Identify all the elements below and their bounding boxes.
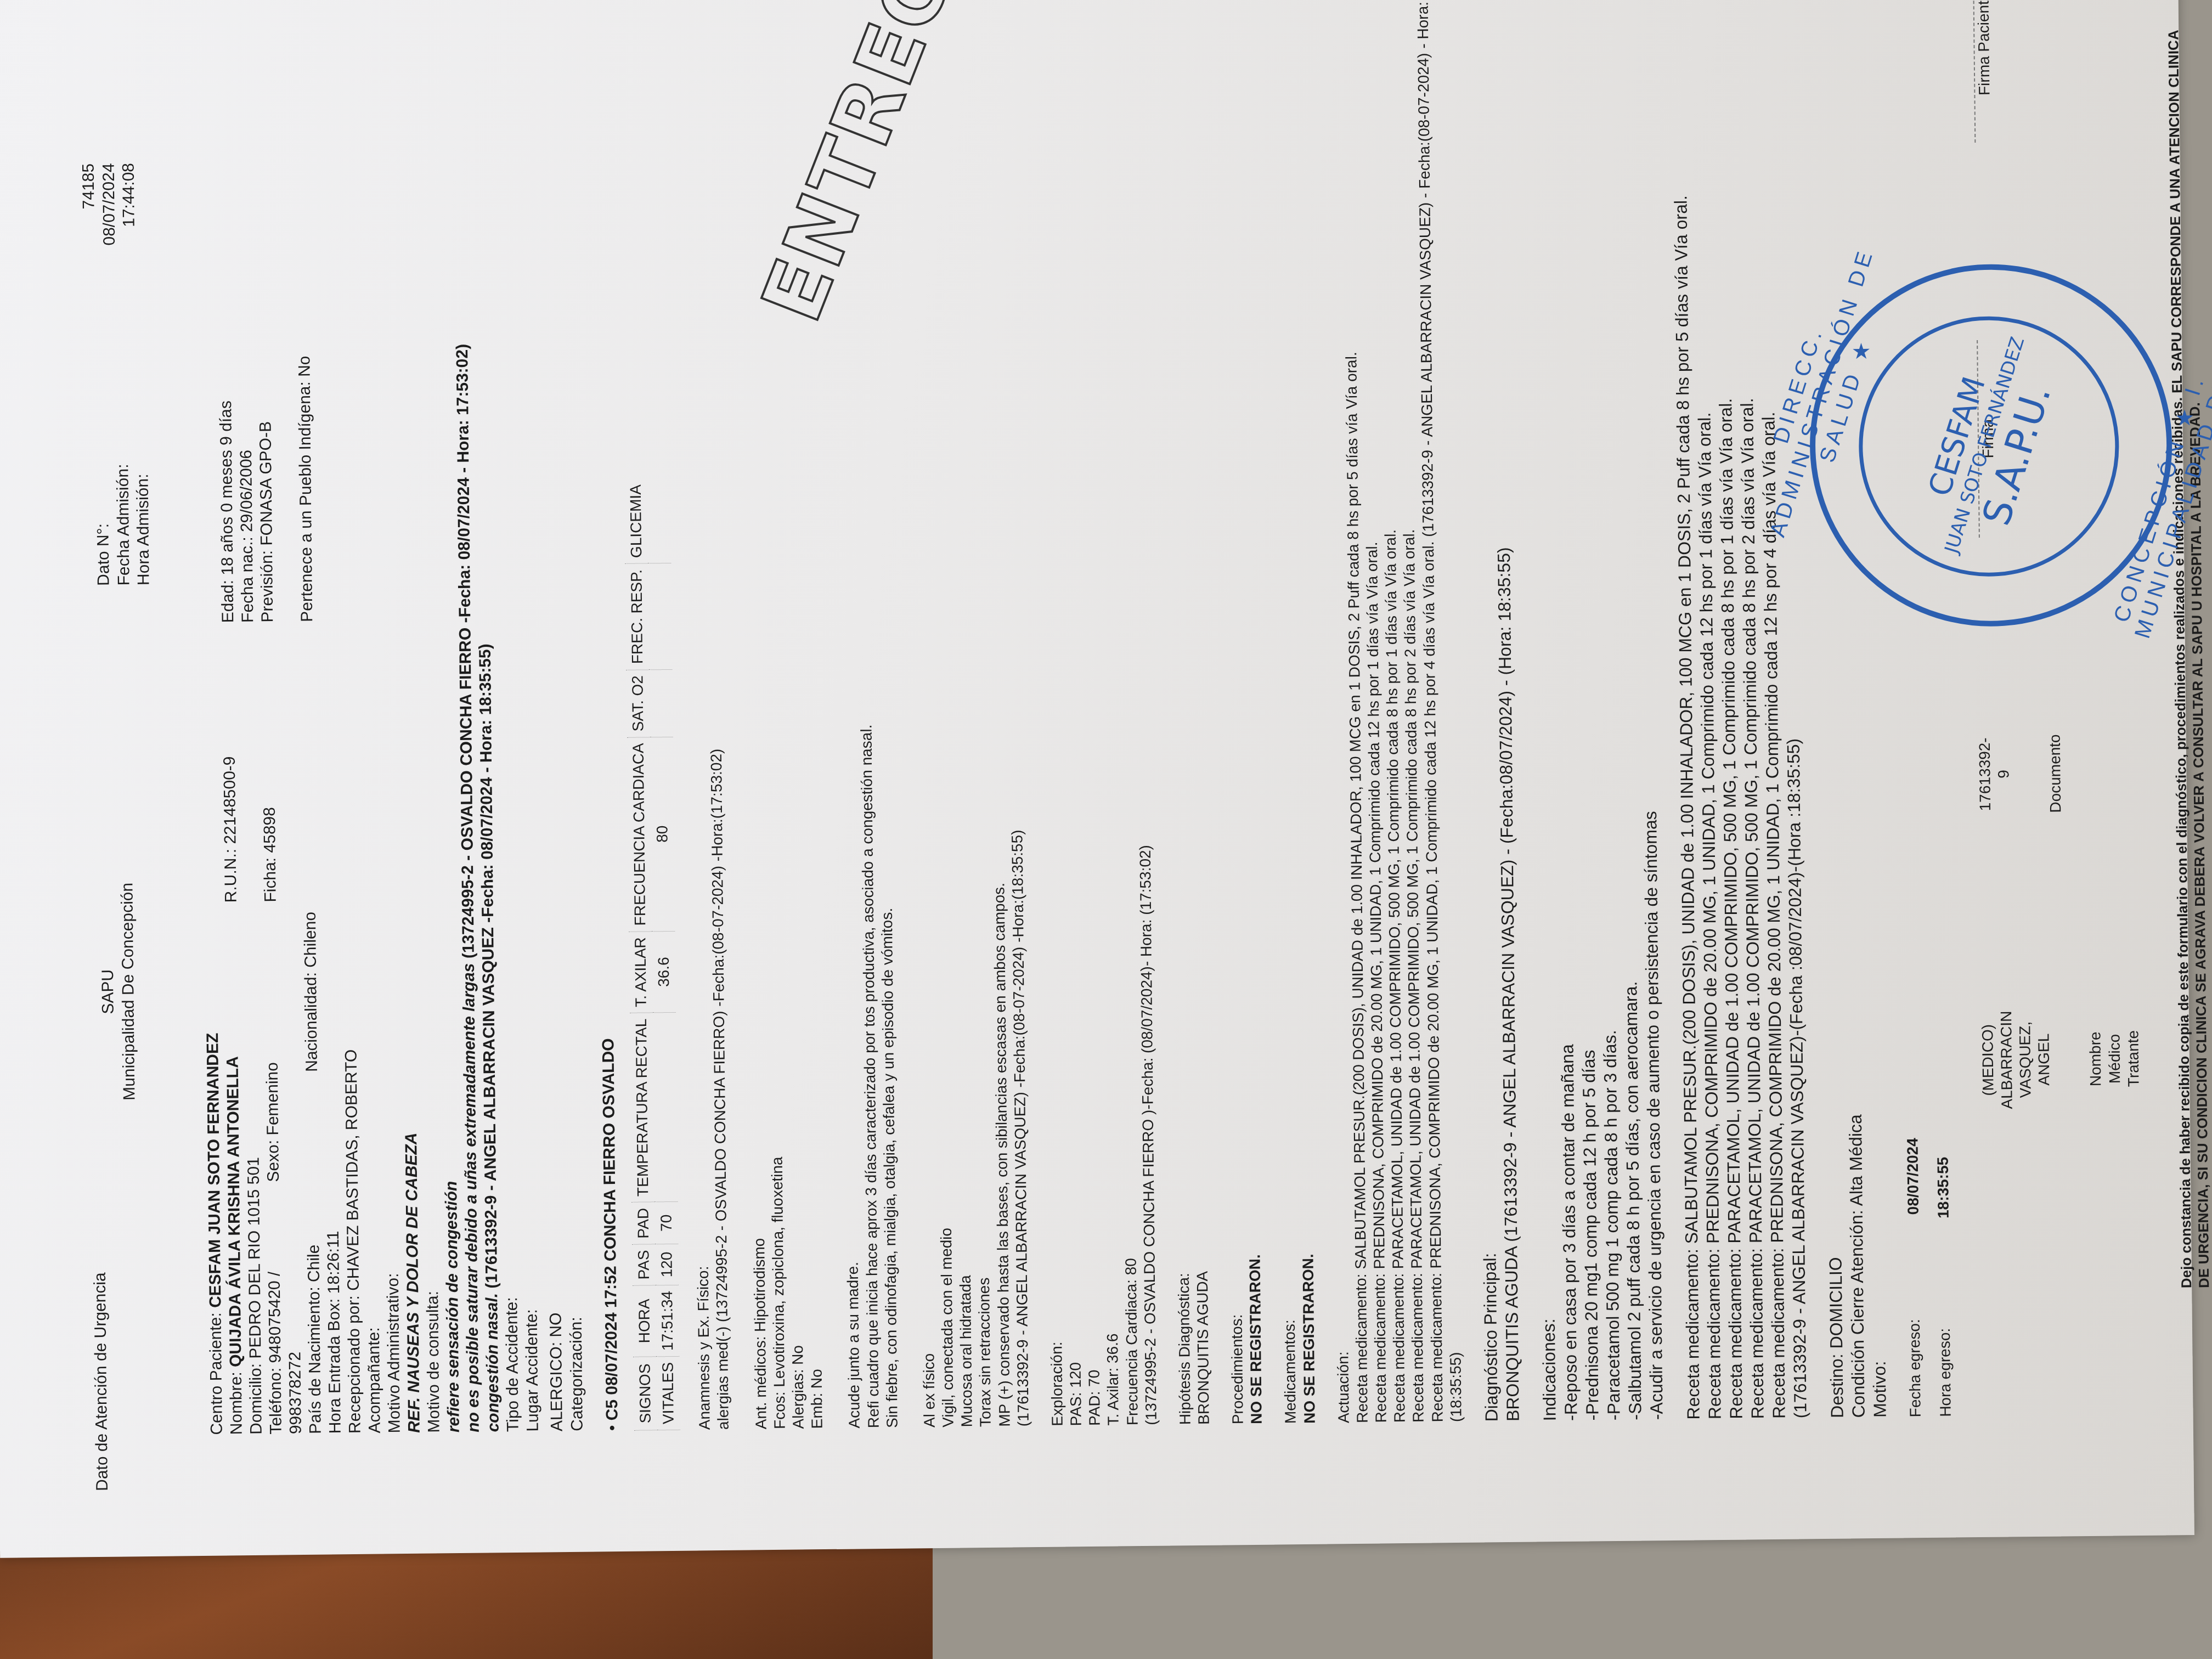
centro-value: CESFAM JUAN SOTO FERNANDEZ — [204, 1033, 224, 1308]
dato-value: 74185 — [79, 163, 100, 246]
vital-label: SIGNOS — [633, 1357, 657, 1431]
nombre-label: Nombre: — [227, 1367, 246, 1435]
val-frec-cardiaca: 80 — [650, 737, 675, 931]
documento-value: 17613392-9 — [1975, 735, 2013, 814]
col-sat-o2: SAT. O2 — [626, 669, 650, 737]
medico-block: (MEDICO) ALBARRACIN VASQUEZ, ANGEL Nombr… — [1978, 1009, 2143, 1109]
val-sat-o2 — [649, 669, 673, 737]
actuacion-lines: Receta medicamento: SALBUTAMOL PRESUR.(2… — [1338, 0, 1465, 1423]
telefono: Teléfono: 948075420 / — [265, 1271, 287, 1434]
rut: R.U.N.: 22148500-9 — [220, 756, 241, 902]
domicilio: Domicilio: PEDRO DEL RIO 1015 501 — [244, 1157, 267, 1435]
col-hora: HORA — [633, 1285, 657, 1357]
firma-paciente-label: Firma Paciente — [1973, 0, 1994, 143]
tipo-accidente: Tipo de Accidente: — [502, 1297, 523, 1432]
col-pas: PAS — [632, 1244, 656, 1285]
hora-egreso-row: Hora egreso: 18:35:55 — [1921, 0, 1955, 1417]
hora-admision-label: Hora Admisión: — [133, 464, 154, 585]
motivo-consulta-label: Motivo de consulta: — [423, 1291, 444, 1433]
prevision: Previsión: FONASA GPO-B — [256, 421, 278, 623]
fecha-egreso-label: Fecha egreso: — [1905, 1319, 1925, 1417]
municipality-name: Municipalidad De Concepción — [116, 799, 140, 1183]
hora-admision-value: 17:44:08 — [119, 163, 140, 246]
vital-label-2: VITALES — [656, 1356, 680, 1430]
col-t-axilar: T. AXILAR — [629, 932, 653, 1013]
vital-signs-table: SIGNOS HORA PAS PAD TEMPERATURA RECTAL T… — [624, 479, 680, 1431]
documento-block: 17613392-9 Documento — [1975, 733, 2140, 814]
recetas-lines: Receta medicamento: SALBUTAMOL PRESUR.(2… — [1668, 0, 1812, 1420]
motivo-admin-label: Motivo Administrativo: — [383, 1273, 405, 1433]
acompanante: Acompañante: — [364, 1327, 386, 1434]
val-pas: 120 — [655, 1244, 679, 1285]
val-temp-rectal — [653, 1013, 678, 1203]
categoria-value: C5 08/07/2024 17:52 CONCHA FIERRO OSVALD… — [599, 1038, 621, 1420]
motivo-consulta-signature-1: (13724995-2 - OSVALDO CONCHA FIERRO -Fec… — [453, 344, 478, 963]
fecha-nacimiento: Fecha nac.: 29/06/2006 — [236, 450, 258, 623]
hora-entrada-box: Hora Entrada Box: 18:26:11 — [324, 1231, 346, 1434]
lugar-accidente: Lugar Accidente: — [522, 1309, 543, 1432]
sexo: Sexo: Femenino — [263, 1062, 284, 1182]
medico-value: (MEDICO) ALBARRACIN VASQUEZ, ANGEL — [1978, 1011, 2054, 1109]
val-glicemia — [647, 479, 672, 564]
header-admission: Dato N°: Fecha Admisión: Hora Admisión: … — [93, 464, 154, 586]
col-frec-resp: FREC. RESP. — [625, 563, 649, 670]
allergy-section: ALERGICO: NO Categorización: • C5 08/07/… — [533, 4, 623, 1431]
document-header: Dato de Atención de Urgencia SAPU Munici… — [77, 9, 186, 1491]
col-frec-cardiaca: FRECUENCIA CARDIACA — [627, 737, 652, 932]
nombre-value: QUIJADA ÁVILA KRISHNA ANTONELLA — [224, 1056, 245, 1367]
col-pad: PAD — [631, 1202, 655, 1244]
documento-label: Documento — [2046, 734, 2066, 813]
pais-nacimiento: País de Nacimiento: Chile — [304, 1244, 326, 1434]
document-content: Dato de Atención de Urgencia SAPU Munici… — [77, 0, 2123, 1491]
motivo-consulta-line-1: refiere sensación de congestión — [442, 1181, 464, 1433]
val-t-axilar: 36.6 — [652, 931, 676, 1013]
indicaciones-lines: -Reposo en casa por 3 días a contar de m… — [1545, 0, 1667, 1421]
edad: Edad: 18 años 0 meses 9 días — [216, 400, 239, 623]
paper-sheet: Dato de Atención de Urgencia SAPU Munici… — [0, 0, 2194, 1558]
val-hora: 17:51:34 — [656, 1285, 680, 1356]
form-title: Dato de Atención de Urgencia — [91, 1272, 113, 1491]
motivo-consulta-line-3: congestión nasal. — [483, 1293, 503, 1432]
medico-label: Nombre Médico Tratante — [2086, 1009, 2143, 1108]
fecha-admision-label: Fecha Admisión: — [113, 464, 134, 585]
centro-label: Centro Paciente: — [206, 1308, 225, 1435]
patient-info: Centro Paciente: CESFAM JUAN SOTO FERNAN… — [193, 5, 548, 1490]
hora-egreso-value: 18:35:55 — [1933, 1157, 1953, 1218]
disclaimer-text: Dejo constancia de haber recibido copia … — [2165, 26, 2212, 1415]
signature-row: (MEDICO) ALBARRACIN VASQUEZ, ANGEL Nombr… — [1967, 0, 2146, 1417]
header-center: SAPU Municipalidad De Concepción — [97, 799, 141, 1184]
fecha-egreso-value: 08/07/2024 — [1904, 1138, 1923, 1215]
hora-egreso-label: Hora egreso: — [1936, 1328, 1955, 1417]
firma-paciente-block: Firma Paciente — [1967, 0, 2133, 143]
fecha-admision-value: 08/07/2024 — [99, 163, 120, 246]
col-temp-rectal: TEMPERATURA RECTAL — [630, 1013, 655, 1203]
col-glicemia: GLICEMIA — [624, 479, 648, 564]
fecha-egreso-row: Fecha egreso: 08/07/2024 — [1892, 0, 1925, 1417]
motivo-admin-value: REF. NAUSEAS Y DOLOR DE CABEZA — [402, 1132, 425, 1433]
clinical-body: Anamnesis y Ex. Físico: alergias med(-) … — [681, 0, 2212, 1430]
val-pad: 70 — [654, 1202, 678, 1244]
ficha: Ficha: 45898 — [260, 807, 281, 902]
val-frec-resp — [648, 563, 672, 670]
exploracion-lines: PAS: 120PAD: 70T. Axilar: 36.6Frecuencia… — [1052, 0, 1161, 1426]
telefono-2: 998378272 — [285, 1352, 306, 1435]
dato-label: Dato N°: — [93, 464, 114, 586]
admission-values: 74185 08/07/2024 17:44:08 — [79, 163, 140, 246]
categoria-line: • C5 08/07/2024 17:52 CONCHA FIERRO OSVA… — [588, 4, 623, 1431]
recepcionado-por: Recepcionado por: CHAVEZ BASTIDAS, ROBER… — [341, 1049, 365, 1434]
nacionalidad: Nacionalidad: Chileno — [301, 912, 323, 1072]
pueblo-indigena: Pertenece a un Pueblo Indígena: No — [295, 356, 318, 622]
